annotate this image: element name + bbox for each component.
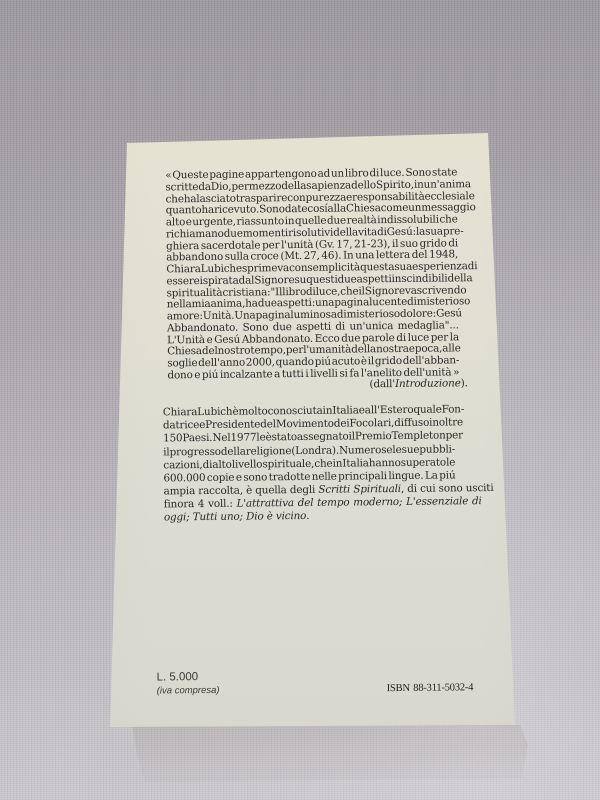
bio-line: finora 4 voll.: L'attrattiva del tempo m…: [164, 495, 457, 510]
price: L. 5.000: [157, 671, 199, 683]
attribution-source: Introduzione: [395, 377, 461, 390]
bio-text: finora 4 voll.:: [164, 498, 237, 511]
attribution-prefix: (dall': [369, 378, 395, 390]
bio-text: , di cui sono usciti: [401, 482, 494, 495]
bio-text: ampia raccolta, è quella degli: [164, 484, 319, 498]
cover-text-area: «Questepagineappartengonoadunlibrodiluce…: [0, 0, 600, 800]
bio-series-title: Scritti Spirituali: [318, 483, 401, 496]
attribution-suffix: ).: [461, 377, 468, 389]
bio-volume-titles: oggi; Tutti uno; Dio è vicino: [164, 510, 306, 523]
price-note: (iva compresa): [157, 685, 220, 697]
bio-line: oggi; Tutti uno; Dio è vicino.: [164, 510, 310, 524]
blurb-attribution: (dall'Introduzione).: [369, 377, 467, 390]
bio-text: .: [306, 510, 309, 522]
isbn: ISBN 88-311-5032-4: [387, 682, 474, 694]
bio-volume-titles: L'attrattiva del tempo moderno; L'essenz…: [236, 495, 481, 510]
